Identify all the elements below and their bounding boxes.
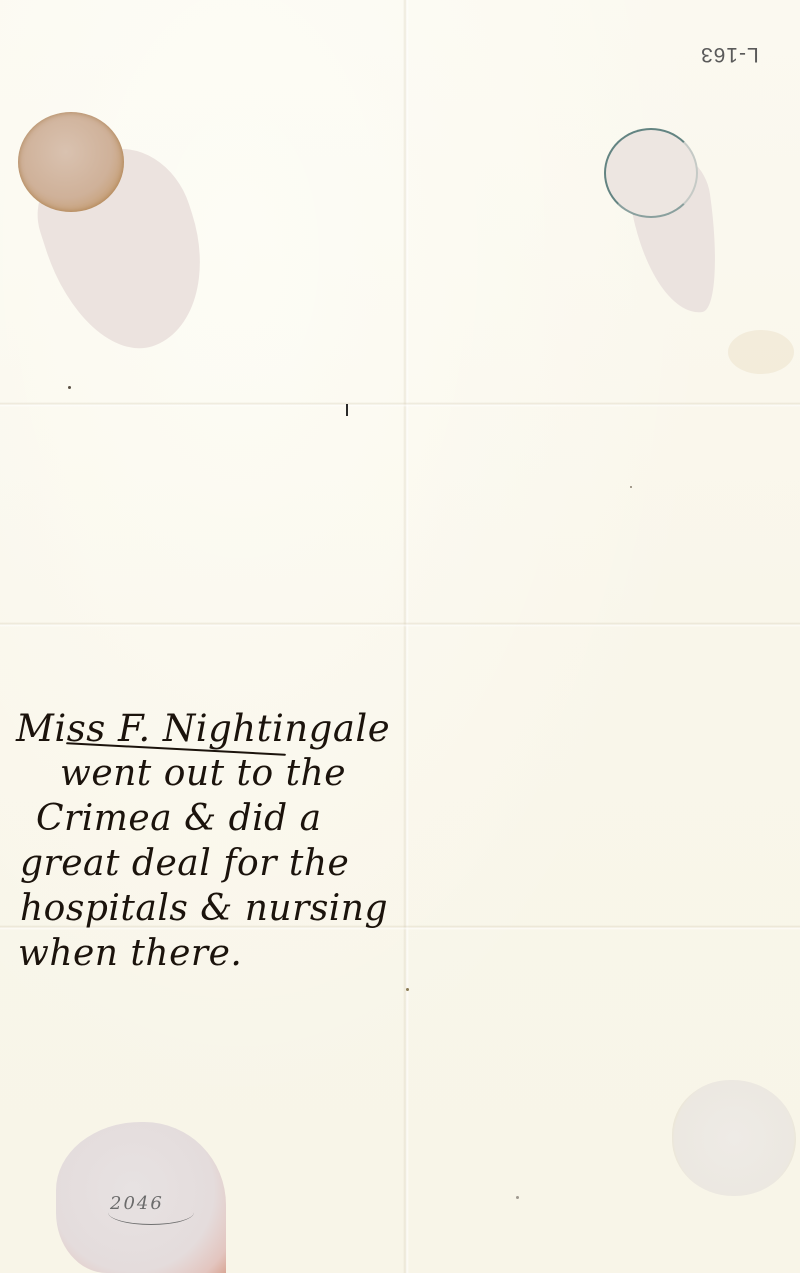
ink-dot — [68, 386, 71, 389]
note-line: when there. — [18, 931, 406, 976]
note-line: hospitals & nursing — [20, 886, 406, 931]
ink-dot — [630, 486, 632, 488]
note-line: Crimea & did a — [36, 796, 406, 841]
horizontal-fold-line — [0, 402, 800, 407]
note-line: went out to the — [60, 751, 406, 796]
archive-number: L-163 — [700, 42, 759, 66]
pencil-underline — [108, 1200, 194, 1225]
ink-dot — [516, 1196, 519, 1199]
ink-mark — [346, 404, 348, 416]
handwritten-note: Miss F. Nightingale went out to the Crim… — [16, 706, 406, 976]
faint-stain — [728, 330, 794, 374]
horizontal-fold-line — [0, 622, 800, 627]
wax-seal-remnant-top-left — [18, 112, 124, 212]
vertical-fold-line — [403, 0, 409, 1273]
letter-page: L-163 Miss F. Nightingale went out to th… — [0, 0, 800, 1273]
ink-dot — [406, 988, 409, 991]
wax-seal-remnant-top-right — [604, 128, 698, 218]
note-line: great deal for the — [20, 841, 406, 886]
wax-seal-remnant-bottom-right — [672, 1080, 796, 1196]
